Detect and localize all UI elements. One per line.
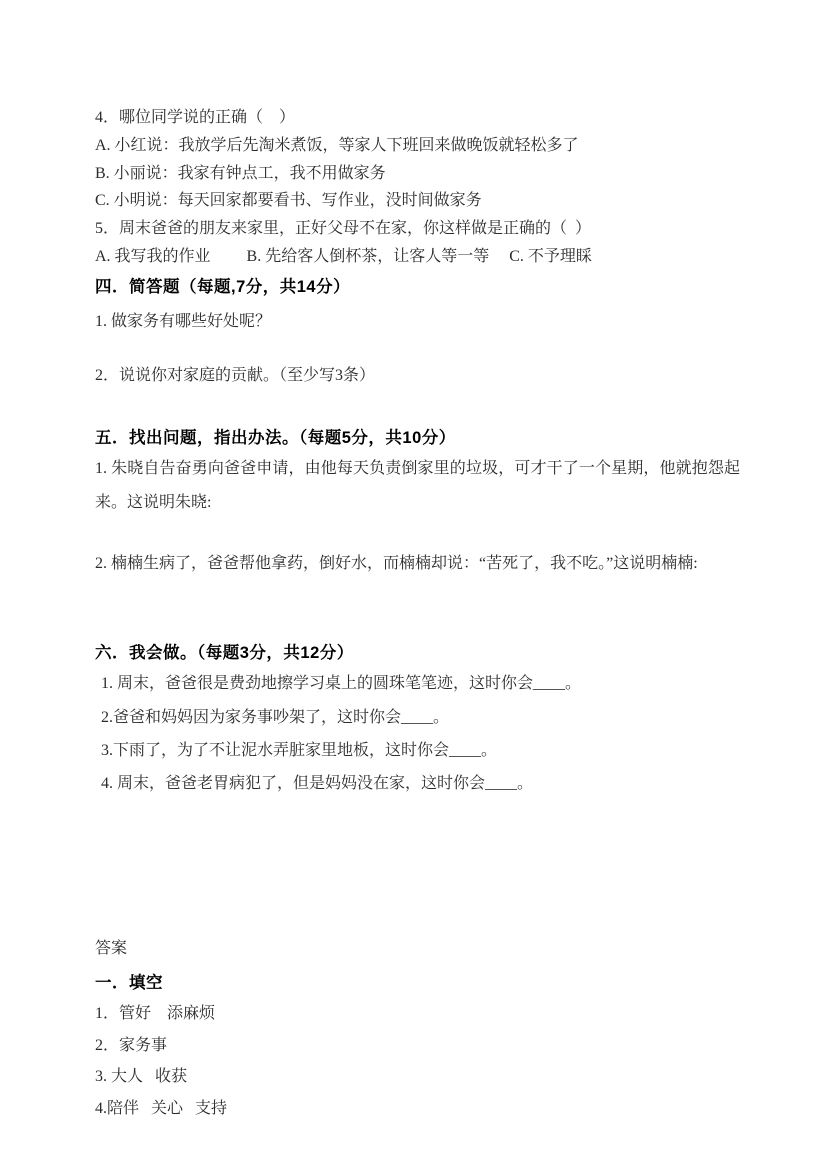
section-4-heading: 四．简答题（每题,7分，共14分） xyxy=(95,277,350,297)
question-5-stem: 5．周末爸爸的朋友来家里，正好父母不在家，你这样做是正确的（ ） xyxy=(95,219,591,239)
section-5-item-2: 2. 楠楠生病了，爸爸帮他拿药，倒好水，而楠楠却说：“苦死了，我不吃。”这说明楠… xyxy=(95,547,740,581)
question-4-stem: 4．哪位同学说的正确（ ） xyxy=(95,108,295,128)
question-4-option-a: A. 小红说：我放学后先淘米煮饭，等家人下班回来做晚饭就轻松多了 xyxy=(95,136,579,156)
answers-section-1-heading: 一．填空 xyxy=(95,973,163,993)
section-4-item-1: 1. 做家务有哪些好处呢？ xyxy=(95,312,271,332)
answer-item-3: 3. 大人 收获 xyxy=(95,1067,187,1087)
section-5-item-1: 1. 朱晓自告奋勇向爸爸申请，由他每天负责倒家里的垃圾，可才干了一个星期，他就抱… xyxy=(95,452,740,520)
question-4-option-c: C. 小明说：每天回家都要看书、写作业，没时间做家务 xyxy=(95,191,482,211)
section-6-item-3: 3.下雨了，为了不让泥水弄脏家里地板，这时你会____。 xyxy=(101,741,497,761)
section-6-heading: 六．我会做。（每题3分，共12分） xyxy=(95,643,354,663)
answer-item-4: 4.陪伴 关心 支持 xyxy=(95,1099,227,1119)
section-6-item-4: 4. 周末，爸爸老胃病犯了，但是妈妈没在家，这时你会____。 xyxy=(101,774,533,794)
question-4-option-b: B. 小丽说：我家有钟点工，我不用做家务 xyxy=(95,164,386,184)
answers-title: 答案 xyxy=(95,939,127,959)
section-6-item-1: 1. 周末，爸爸很是费劲地擦学习桌上的圆珠笔笔迹，这时你会____。 xyxy=(101,674,581,694)
answer-item-1: 1．管好 添麻烦 xyxy=(95,1004,215,1024)
section-4-item-2: 2．说说你对家庭的贡献。（至少写3条） xyxy=(95,366,375,386)
question-5-options: A. 我写我的作业 B. 先给客人倒杯茶，让客人等一等 C. 不予理睬 xyxy=(95,247,592,267)
worksheet-page: 4．哪位同学说的正确（ ） A. 小红说：我放学后先淘米煮饭，等家人下班回来做晚… xyxy=(0,0,826,1169)
answer-item-2: 2．家务事 xyxy=(95,1036,167,1056)
section-5-heading: 五．找出问题，指出办法。（每题5分，共10分） xyxy=(95,428,456,448)
section-6-item-2: 2.爸爸和妈妈因为家务事吵架了，这时你会____。 xyxy=(101,708,449,728)
